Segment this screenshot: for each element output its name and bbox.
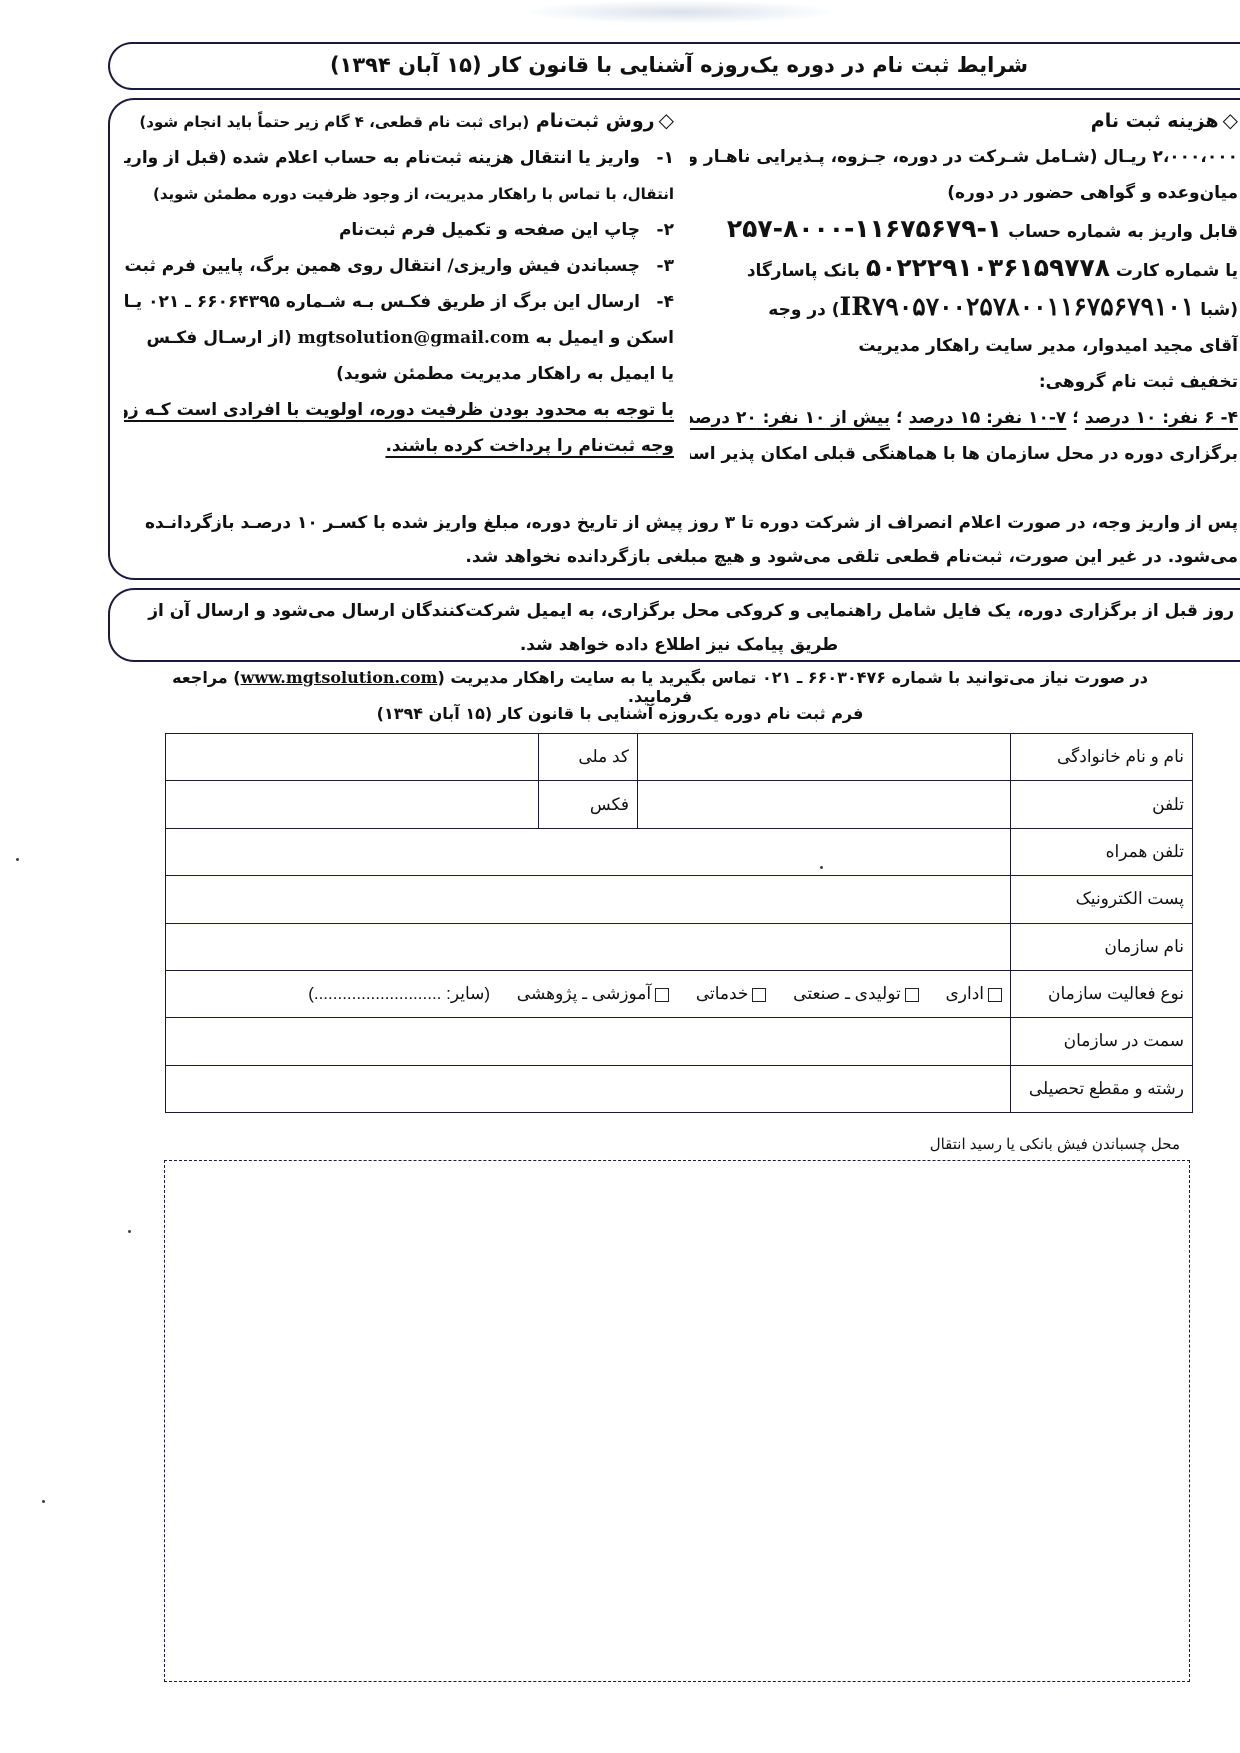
mobile-field[interactable]: [166, 828, 1011, 875]
fee-amount-line: ۲،۰۰۰،۰۰۰ ریـال (شـامل شـرکت در دوره، جـ…: [690, 139, 1238, 175]
notice-box: روز قبل از برگزاری دوره، یک فایل شامل را…: [108, 588, 1240, 662]
mobile-label: تلفن همراه: [1011, 828, 1193, 875]
discount-tier-3: بیش از ۱۰ نفر: ۲۰ درصد: [690, 408, 890, 428]
fee-includes-line: میان‌وعده و گواهی حضور در دوره): [690, 175, 1238, 211]
step-1: ۱-واریز یا انتقال هزینه ثبت‌نام به حساب …: [124, 140, 674, 176]
fax-label: فکس: [539, 781, 638, 828]
position-field[interactable]: [166, 1018, 1011, 1065]
phone-field[interactable]: [638, 781, 1011, 828]
priority-line-1: با توجه به محدود بودن ظرفیت دوره، اولویت…: [124, 400, 674, 420]
receipt-paste-area: [164, 1160, 1190, 1682]
payee-line: آقای مجید امیدوار، مدیر سایت راهکار مدیر…: [690, 328, 1238, 364]
position-label: سمت در سازمان: [1011, 1018, 1193, 1065]
fee-heading: ◇هزینه ثبت نام: [690, 102, 1238, 139]
step-text: واریز یا انتقال هزینه ثبت‌نام به حساب اع…: [124, 148, 640, 168]
national-code-label: کد ملی: [539, 734, 638, 781]
table-row: نام و نام خانوادگی کد ملی: [166, 734, 1193, 781]
onsite-note: برگزاری دوره در محل سازمان ها با هماهنگی…: [690, 436, 1238, 472]
activity-type-options: اداری تولیدی ـ صنعتی خدماتی آموزشی ـ پژو…: [166, 970, 1011, 1017]
account-line: قابل واریز به شماره حساب ۱-۱۱۶۷۵۶۷۹-۸۰۰۰…: [690, 211, 1238, 250]
fee-section: ◇هزینه ثبت نام ۲،۰۰۰،۰۰۰ ریـال (شـامل شـ…: [690, 102, 1238, 472]
scan-speck: [16, 858, 19, 861]
checkbox-icon[interactable]: [988, 988, 1002, 1002]
step-text: (از ارسـال فکـس: [146, 328, 291, 348]
notice-text: روز قبل از برگزاری دوره، یک فایل شامل را…: [124, 594, 1234, 662]
step-number: ۴-: [640, 284, 674, 320]
email-field[interactable]: [166, 876, 1011, 923]
education-field[interactable]: [166, 1065, 1011, 1112]
checkbox-icon[interactable]: [905, 988, 919, 1002]
website-link[interactable]: www.mgtsolution.com: [241, 668, 438, 687]
method-section: ◇روش ثبت‌نام (برای ثبت نام قطعی، ۴ گام ز…: [124, 102, 674, 464]
step-number: ۳-: [640, 248, 674, 284]
sheba-line: (شبا IR۷۹۰۵۷۰۰۲۵۷۸۰۰۱۱۶۷۵۶۷۹۱۰۱) در وجه: [690, 289, 1238, 328]
contact-prefix: در صورت نیاز می‌توانید با شماره ۶۶۰۳۰۴۷۶…: [437, 668, 1147, 687]
sheba-prefix: (شبا: [1200, 300, 1238, 320]
option-label: اداری: [945, 984, 984, 1003]
scan-artifact: [520, 0, 840, 24]
notice-line-2: طریق پیامک نیز اطلاع داده خواهد شد.: [124, 628, 1234, 662]
table-row: سمت در سازمان: [166, 1018, 1193, 1065]
option-label: خدماتی: [696, 984, 749, 1003]
checkbox-icon[interactable]: [655, 988, 669, 1002]
notice-line-1: روز قبل از برگزاری دوره، یک فایل شامل را…: [124, 594, 1234, 628]
step-1-cont: انتقال، با تماس با راهکار مدیریت، از وجو…: [124, 176, 674, 212]
organization-field[interactable]: [166, 923, 1011, 970]
table-row: پست الکترونیک: [166, 876, 1193, 923]
table-row: نام سازمان: [166, 923, 1193, 970]
discount-line: ۴- ۶ نفر: ۱۰ درصد ؛ ۷-۱۰ نفر: ۱۵ درصد ؛ …: [690, 400, 1238, 436]
discount-tier-2: ۷-۱۰ نفر: ۱۵ درصد: [909, 408, 1067, 428]
sheba-suffix: ) در وجه: [768, 300, 839, 320]
method-heading-text: روش ثبت‌نام: [536, 110, 655, 132]
step-4-cont: اسکن و ایمیل به mgtsolution@gmail.com (ا…: [124, 320, 674, 356]
step-3: ۳-چسباندن فیش واریزی/ انتقال روی همین بر…: [124, 248, 674, 284]
card-number: ۵۰۲۲۲۹۱۰۳۶۱۵۹۷۷۸: [866, 253, 1110, 282]
activity-option-industrial[interactable]: تولیدی ـ صنعتی: [793, 984, 919, 1003]
registration-form: نام و نام خانوادگی کد ملی تلفن فکس تلفن …: [165, 733, 1193, 1113]
account-number: ۱-۱۱۶۷۵۶۷۹-۸۰۰۰-۲۵۷: [727, 214, 1002, 243]
option-label: تولیدی ـ صنعتی: [793, 984, 901, 1003]
step-number: ۲-: [640, 212, 674, 248]
step-4-cont2: یا ایمیل به راهکار مدیریت مطمئن شوید): [124, 356, 674, 392]
discount-heading: تخفیف ثبت نام گروهی:: [690, 364, 1238, 400]
table-row: تلفن همراه: [166, 828, 1193, 875]
phone-label: تلفن: [1011, 781, 1193, 828]
step-text: ارسال این برگ از طریق فکـس بـه شـماره ۶۶…: [124, 292, 640, 312]
organization-label: نام سازمان: [1011, 923, 1193, 970]
contact-line: در صورت نیاز می‌توانید با شماره ۶۶۰۳۰۴۷۶…: [140, 668, 1180, 706]
table-row: تلفن فکس: [166, 781, 1193, 828]
table-row: رشته و مقطع تحصیلی: [166, 1065, 1193, 1112]
fee-heading-text: هزینه ثبت نام: [1091, 110, 1219, 132]
activity-option-research[interactable]: آموزشی ـ پژوهشی: [517, 984, 669, 1003]
step-number: ۱-: [640, 140, 674, 176]
national-code-field[interactable]: [166, 734, 539, 781]
table-row: نوع فعالیت سازمان اداری تولیدی ـ صنعتی خ…: [166, 970, 1193, 1017]
refund-line-1: پس از واریز وجه، در صورت اعلام انصراف از…: [124, 506, 1238, 540]
step-text: چسباندن فیش واریزی/ انتقال روی همین برگ،…: [124, 256, 640, 276]
scan-speck: [820, 866, 823, 869]
refund-line-2: می‌شود. در غیر این صورت، ثبت‌نام قطعی تل…: [124, 540, 1238, 574]
fax-field[interactable]: [166, 781, 539, 828]
paste-area-label: محل چسباندن فیش بانکی یا رسید انتقال: [930, 1135, 1180, 1153]
card-line: یا شماره کارت ۵۰۲۲۲۹۱۰۳۶۱۵۹۷۷۸ بانک پاسا…: [690, 250, 1238, 289]
full-name-label: نام و نام خانوادگی: [1011, 734, 1193, 781]
step-text: اسکن و ایمیل به: [536, 328, 674, 348]
step-2: ۲-چاپ این صفحه و تکمیل فرم ثبت‌نام: [124, 212, 674, 248]
discount-tier-1: ۴- ۶ نفر: ۱۰ درصد: [1085, 408, 1238, 428]
activity-option-services[interactable]: خدماتی: [696, 984, 767, 1003]
option-label: آموزشی ـ پژوهشی: [517, 984, 651, 1003]
method-heading-note: (برای ثبت نام قطعی، ۴ گام زیر حتماً باید…: [139, 113, 529, 131]
page-title: شرایط ثبت نام در دوره یک‌روزه آشنایی با …: [110, 53, 1240, 77]
contact-email: mgtsolution@gmail.com: [298, 328, 530, 348]
checkbox-icon[interactable]: [752, 988, 766, 1002]
step-4: ۴-ارسال این برگ از طریق فکـس بـه شـماره …: [124, 284, 674, 320]
form-title: فرم ثبت نام دوره یک‌روزه آشنایی با قانون…: [0, 704, 1240, 723]
diamond-bullet-icon: ◇: [1223, 108, 1238, 132]
education-label: رشته و مقطع تحصیلی: [1011, 1065, 1193, 1112]
sheba-number: IR۷۹۰۵۷۰۰۲۵۷۸۰۰۱۱۶۷۵۶۷۹۱۰۱: [840, 292, 1195, 321]
full-name-field[interactable]: [638, 734, 1011, 781]
activity-option-administrative[interactable]: اداری: [945, 984, 1002, 1003]
refund-policy: پس از واریز وجه، در صورت اعلام انصراف از…: [124, 506, 1238, 574]
scan-speck: [42, 1500, 45, 1503]
title-box: شرایط ثبت نام در دوره یک‌روزه آشنایی با …: [108, 42, 1240, 90]
card-prefix: یا شماره کارت: [1116, 261, 1238, 281]
step-text: چاپ این صفحه و تکمیل فرم ثبت‌نام: [339, 220, 640, 240]
method-heading: ◇روش ثبت‌نام (برای ثبت نام قطعی، ۴ گام ز…: [124, 102, 674, 140]
priority-line-2: وجه ثبت‌نام را پرداخت کرده باشند.: [385, 436, 674, 456]
scan-speck: [128, 1230, 131, 1233]
bank-name: بانک پاسارگاد: [747, 261, 860, 281]
diamond-bullet-icon: ◇: [659, 108, 674, 132]
activity-type-label: نوع فعالیت سازمان: [1011, 970, 1193, 1017]
activity-option-other[interactable]: (سایر: ...........................): [308, 984, 490, 1003]
email-label: پست الکترونیک: [1011, 876, 1193, 923]
conditions-box: ◇هزینه ثبت نام ۲،۰۰۰،۰۰۰ ریـال (شـامل شـ…: [108, 98, 1240, 580]
account-prefix: قابل واریز به شماره حساب: [1008, 222, 1238, 242]
